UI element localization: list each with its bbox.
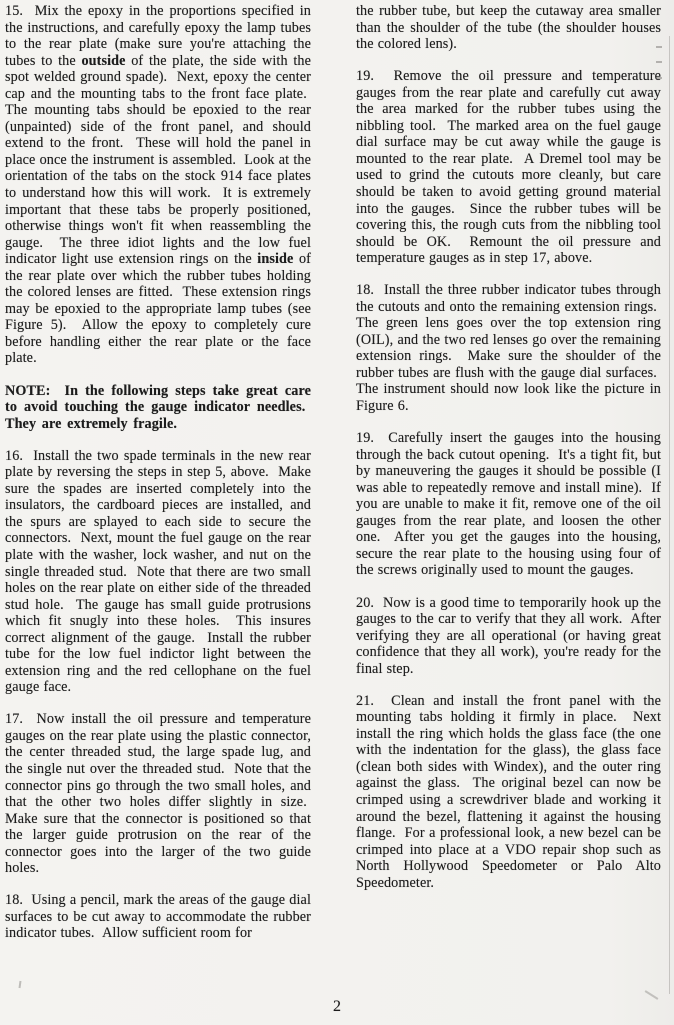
body-text: 16. Install the two spade terminals in t… xyxy=(5,448,311,696)
paragraph-step-17: 17. Now install the oil pressure and tem… xyxy=(5,711,311,876)
paragraph-step-21: 21. Clean and install the front panel wi… xyxy=(356,693,661,892)
body-text: NOTE: In the following steps take great … xyxy=(5,383,311,432)
right-text-column: the rubber tube, but keep the cutaway ar… xyxy=(356,3,661,907)
body-text: of the rear plate over which the rubber … xyxy=(5,251,311,366)
body-text: 17. Now install the oil pressure and tem… xyxy=(5,711,311,876)
paragraph-step-18-continued: the rubber tube, but keep the cutaway ar… xyxy=(356,3,661,53)
body-text: the rubber tube, but keep the cutaway ar… xyxy=(356,3,661,52)
emphasized-text: inside xyxy=(257,251,293,267)
paragraph-step-20: 20. Now is a good time to temporarily ho… xyxy=(356,595,661,678)
body-text: 20. Now is a good time to temporarily ho… xyxy=(356,595,661,677)
paragraph-step-19-second: 19. Carefully insert the gauges into the… xyxy=(356,430,661,579)
body-text: 18. Using a pencil, mark the areas of th… xyxy=(5,892,311,941)
paragraph-note: NOTE: In the following steps take great … xyxy=(5,383,311,433)
body-text: 19. Remove the oil pressure and temperat… xyxy=(356,68,661,266)
scan-edge-line xyxy=(669,36,670,994)
paragraph-step-18-second: 18. Install the three rubber indicator t… xyxy=(356,282,661,414)
body-text: 18. Install the three rubber indicator t… xyxy=(356,282,661,414)
page-number: 2 xyxy=(0,998,674,1016)
paragraph-step-15: 15. Mix the epoxy in the proportions spe… xyxy=(5,3,311,367)
body-text: 21. Clean and install the front panel wi… xyxy=(356,693,661,891)
emphasized-text: outside xyxy=(81,53,125,69)
body-text: 19. Carefully insert the gauges into the… xyxy=(356,430,661,578)
body-text: of the plate, the side with the spot wel… xyxy=(5,53,311,268)
document-page: 15. Mix the epoxy in the proportions spe… xyxy=(0,0,674,1025)
scan-smudge xyxy=(19,981,22,988)
paragraph-step-19-first: 19. Remove the oil pressure and temperat… xyxy=(356,68,661,267)
paragraph-step-18-left: 18. Using a pencil, mark the areas of th… xyxy=(5,892,311,942)
left-text-column: 15. Mix the epoxy in the proportions spe… xyxy=(5,3,311,957)
paragraph-step-16: 16. Install the two spade terminals in t… xyxy=(5,448,311,696)
